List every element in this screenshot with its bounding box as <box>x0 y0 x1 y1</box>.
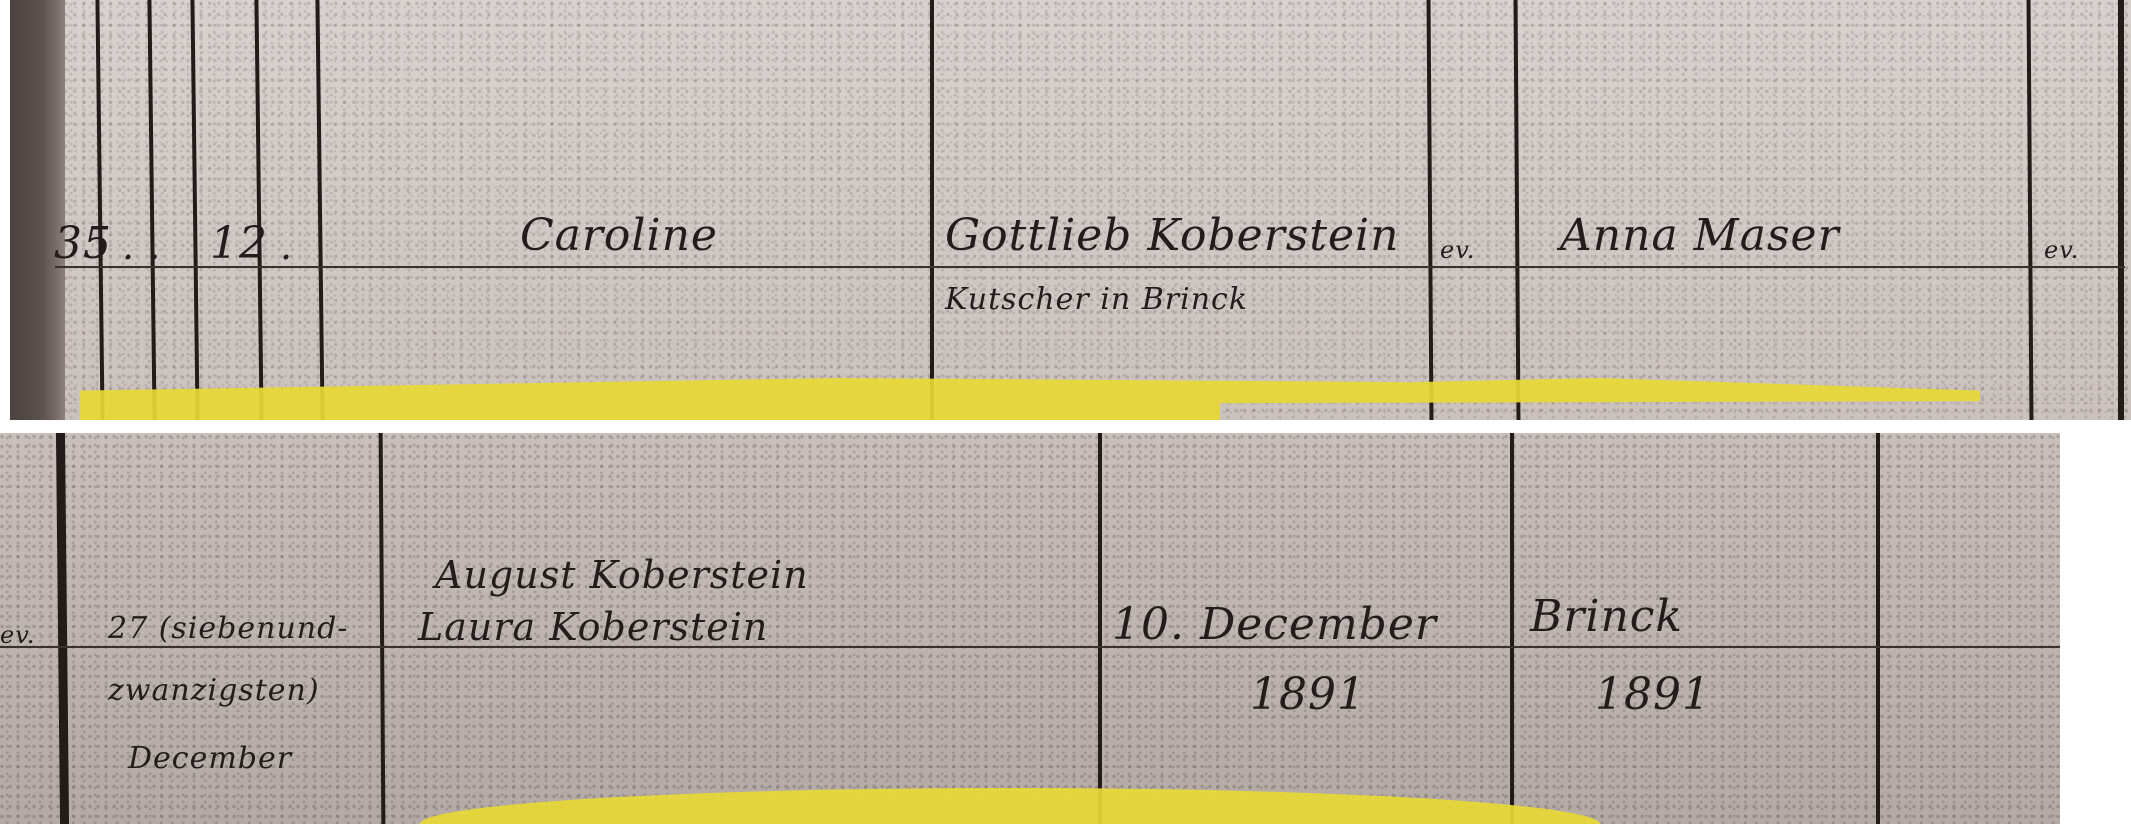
place-year: 1891 <box>1595 669 1711 720</box>
column-rule <box>1098 433 1102 824</box>
mother-religion-mark: ev. <box>2044 236 2080 264</box>
column-rule <box>930 0 934 420</box>
ditto-marks: . . <box>122 224 161 268</box>
row-baseline <box>0 646 2060 648</box>
godparent-2: Laura Koberstein <box>418 605 768 649</box>
birth-date-line-3: December <box>128 741 292 776</box>
column-rule <box>1876 433 1880 824</box>
place-name: Brinck <box>1530 591 1683 642</box>
column-rule <box>1514 0 1521 420</box>
register-strip-bottom: ev. 27 (siebenund- zwanzigsten) December… <box>0 433 2060 824</box>
highlight-marker <box>80 378 1980 420</box>
baptism-year: 1891 <box>1250 669 1366 720</box>
column-rule <box>379 433 386 824</box>
baptism-date: 10. December <box>1112 599 1437 650</box>
father-occupation: Kutscher in Brinck <box>945 282 1248 317</box>
column-rule <box>315 0 324 420</box>
godparent-1: August Koberstein <box>435 553 809 597</box>
book-binding-shadow <box>10 0 65 420</box>
register-strip-top: 35 . . 12 . Caroline Gottlieb Koberstein… <box>10 0 2131 420</box>
entry-number: 35 <box>54 218 112 269</box>
column-rule <box>147 0 156 420</box>
birth-day: 12 <box>210 218 268 269</box>
birth-date-line-2: zwanzigsten) <box>108 673 320 708</box>
column-rule <box>254 0 263 420</box>
column-rule <box>1510 433 1514 824</box>
birth-date-line-1: 27 (siebenund- <box>108 611 348 646</box>
highlight-marker <box>420 788 1600 824</box>
mother-name: Anna Maser <box>1560 210 1840 261</box>
father-religion-mark: ev. <box>1440 236 1476 264</box>
column-rule <box>95 0 104 420</box>
column-rule <box>56 433 69 824</box>
column-rule <box>1427 0 1434 420</box>
column-rule <box>2118 0 2124 420</box>
column-rule <box>2027 0 2034 420</box>
column-rule <box>190 0 199 420</box>
row-baseline <box>55 266 2125 268</box>
ditto-after-day: . <box>280 224 293 268</box>
child-name: Caroline <box>520 210 718 261</box>
father-name: Gottlieb Koberstein <box>945 210 1399 261</box>
religion-mark: ev. <box>0 621 36 649</box>
